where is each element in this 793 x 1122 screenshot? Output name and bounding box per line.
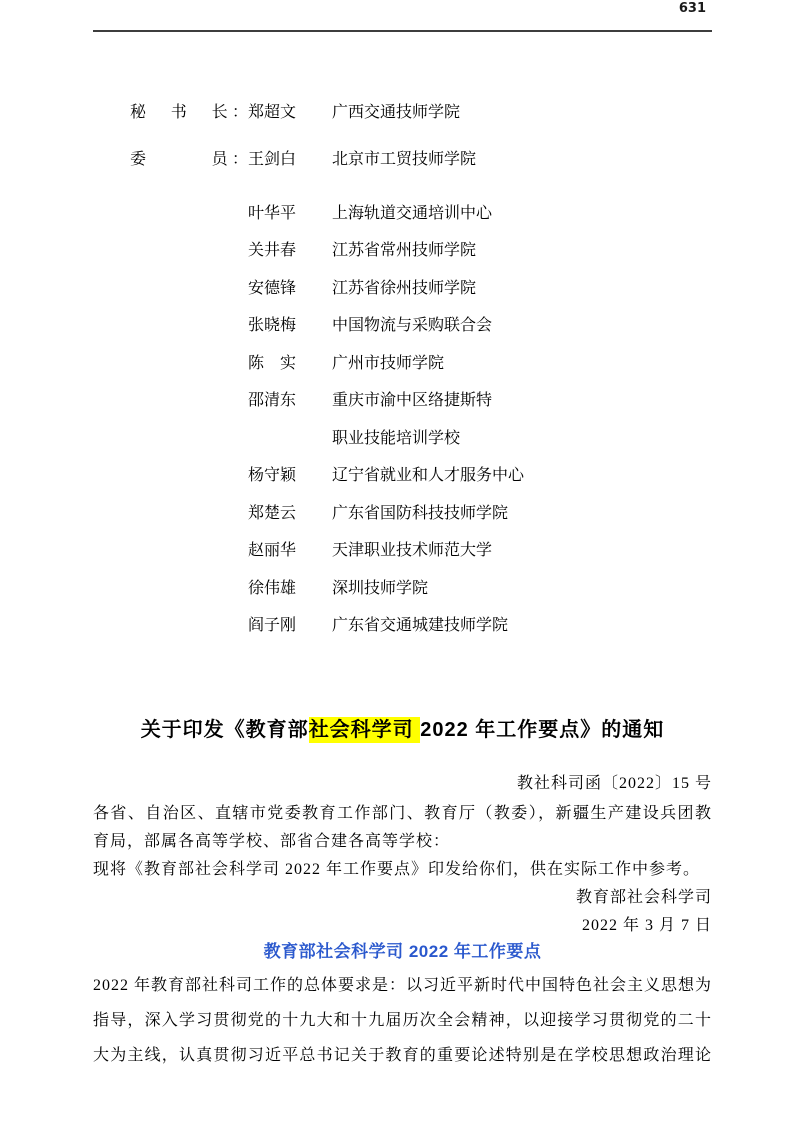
work-points-line: 大为主线，认真贯彻习近平总书记关于教育的重要论述特别是在学校思想政治理论 xyxy=(93,1038,712,1073)
roster-row: 徐伟雄 深圳技师学院 xyxy=(130,570,712,608)
roster-row: 张晓梅 中国物流与采购联合会 xyxy=(130,308,712,346)
roster-member-org: 北京市工贸技师学院 xyxy=(332,151,712,169)
notice-body: 各省、自治区、直辖市党委教育工作部门、教育厅（教委），新疆生产建设兵团教 育局，… xyxy=(93,800,712,940)
roster-member-name: 安德锋 xyxy=(248,280,332,298)
committee-roster: 秘 书 长： 郑超文 广西交通技师学院 委 员： 王剑白 北京市工贸技师学院 叶… xyxy=(130,94,712,645)
work-points-line: 2022 年教育部社科司工作的总体要求是：以习近平新时代中国特色社会主义思想为 xyxy=(93,968,712,1003)
work-points-line: 指导，深入学习贯彻党的十九大和十九届历次全会精神，以迎接学习贯彻党的二十 xyxy=(93,1003,712,1038)
notice-title-suffix: 2022 年工作要点》的通知 xyxy=(420,719,664,741)
roster-row: 叶华平 上海轨道交通培训中心 xyxy=(130,195,712,233)
roster-row: 安德锋 江苏省徐州技师学院 xyxy=(130,270,712,308)
roster-member-name: 郑超文 xyxy=(248,104,332,122)
roster-member-org: 广东省国防科技技师学院 xyxy=(332,505,712,523)
doc-number: 教社科司函〔2022〕15 号 xyxy=(93,770,712,793)
roster-row: 郑楚云 广东省国防科技技师学院 xyxy=(130,495,712,533)
roster-member-org: 重庆市渝中区络捷斯特 xyxy=(332,392,712,410)
roster-row: 陈 实 广州市技师学院 xyxy=(130,345,712,383)
roster-row: 委 员： 王剑白 北京市工贸技师学院 xyxy=(130,142,712,180)
roster-member-org: 广州市技师学院 xyxy=(332,355,712,373)
roster-member-name: 叶华平 xyxy=(248,205,332,223)
roster-member-name: 郑楚云 xyxy=(248,505,332,523)
notice-body-line: 育局，部属各高等学校、部省合建各高等学校： xyxy=(93,828,712,856)
signature-org: 教育部社会科学司 xyxy=(93,884,712,912)
document-page: 631 秘 书 长： 郑超文 广西交通技师学院 委 员： 王剑白 北京市工贸技师… xyxy=(0,0,793,1122)
roster-member-org: 天津职业技术师范大学 xyxy=(332,542,712,560)
roster-member-name: 阎子刚 xyxy=(248,617,332,635)
roster-member-name: 邵清东 xyxy=(248,392,332,410)
notice-body-line: 现将《教育部社会科学司 2022 年工作要点》印发给你们，供在实际工作中参考。 xyxy=(93,856,712,884)
roster-member-org: 江苏省常州技师学院 xyxy=(332,242,712,260)
roster-member-name: 王剑白 xyxy=(248,151,332,169)
roster-role-label: 秘 书 长： xyxy=(130,104,248,122)
page-number: 631 xyxy=(679,1,706,17)
roster-member-org: 辽宁省就业和人才服务中心 xyxy=(332,467,712,485)
header-rule xyxy=(93,30,712,32)
work-points-paragraph: 2022 年教育部社科司工作的总体要求是：以习近平新时代中国特色社会主义思想为 … xyxy=(93,968,712,1073)
roster-row: 杨守颖 辽宁省就业和人才服务中心 xyxy=(130,458,712,496)
notice-title-prefix: 关于印发《教育部 xyxy=(141,719,309,741)
notice-title-highlight: 社会科学司 xyxy=(309,717,421,743)
roster-member-org: 上海轨道交通培训中心 xyxy=(332,205,712,223)
roster-member-name: 陈 实 xyxy=(248,355,332,373)
work-points-heading: 教育部社会科学司 2022 年工作要点 xyxy=(93,941,712,963)
roster-role-label: 委 员： xyxy=(130,151,248,169)
roster-row: 职业技能培训学校 xyxy=(130,420,712,458)
roster-row: 关井春 江苏省常州技师学院 xyxy=(130,233,712,271)
roster-row: 秘 书 长： 郑超文 广西交通技师学院 xyxy=(130,94,712,132)
roster-row: 阎子刚 广东省交通城建技师学院 xyxy=(130,608,712,646)
roster-member-name: 张晓梅 xyxy=(248,317,332,335)
roster-member-org: 江苏省徐州技师学院 xyxy=(332,280,712,298)
roster-row: 赵丽华 天津职业技术师范大学 xyxy=(130,533,712,571)
roster-member-org: 职业技能培训学校 xyxy=(332,430,712,448)
roster-member-org: 广西交通技师学院 xyxy=(332,104,712,122)
roster-member-name: 赵丽华 xyxy=(248,542,332,560)
roster-member-org: 中国物流与采购联合会 xyxy=(332,317,712,335)
roster-member-name: 杨守颖 xyxy=(248,467,332,485)
roster-member-name: 关井春 xyxy=(248,242,332,260)
notice-body-line: 各省、自治区、直辖市党委教育工作部门、教育厅（教委），新疆生产建设兵团教 xyxy=(93,800,712,828)
signature-date: 2022 年 3 月 7 日 xyxy=(93,912,712,940)
notice-title: 关于印发《教育部社会科学司 2022 年工作要点》的通知 xyxy=(93,713,712,742)
roster-member-org: 广东省交通城建技师学院 xyxy=(332,617,712,635)
roster-member-name: 徐伟雄 xyxy=(248,580,332,598)
roster-row: 邵清东 重庆市渝中区络捷斯特 xyxy=(130,383,712,421)
roster-member-org: 深圳技师学院 xyxy=(332,580,712,598)
